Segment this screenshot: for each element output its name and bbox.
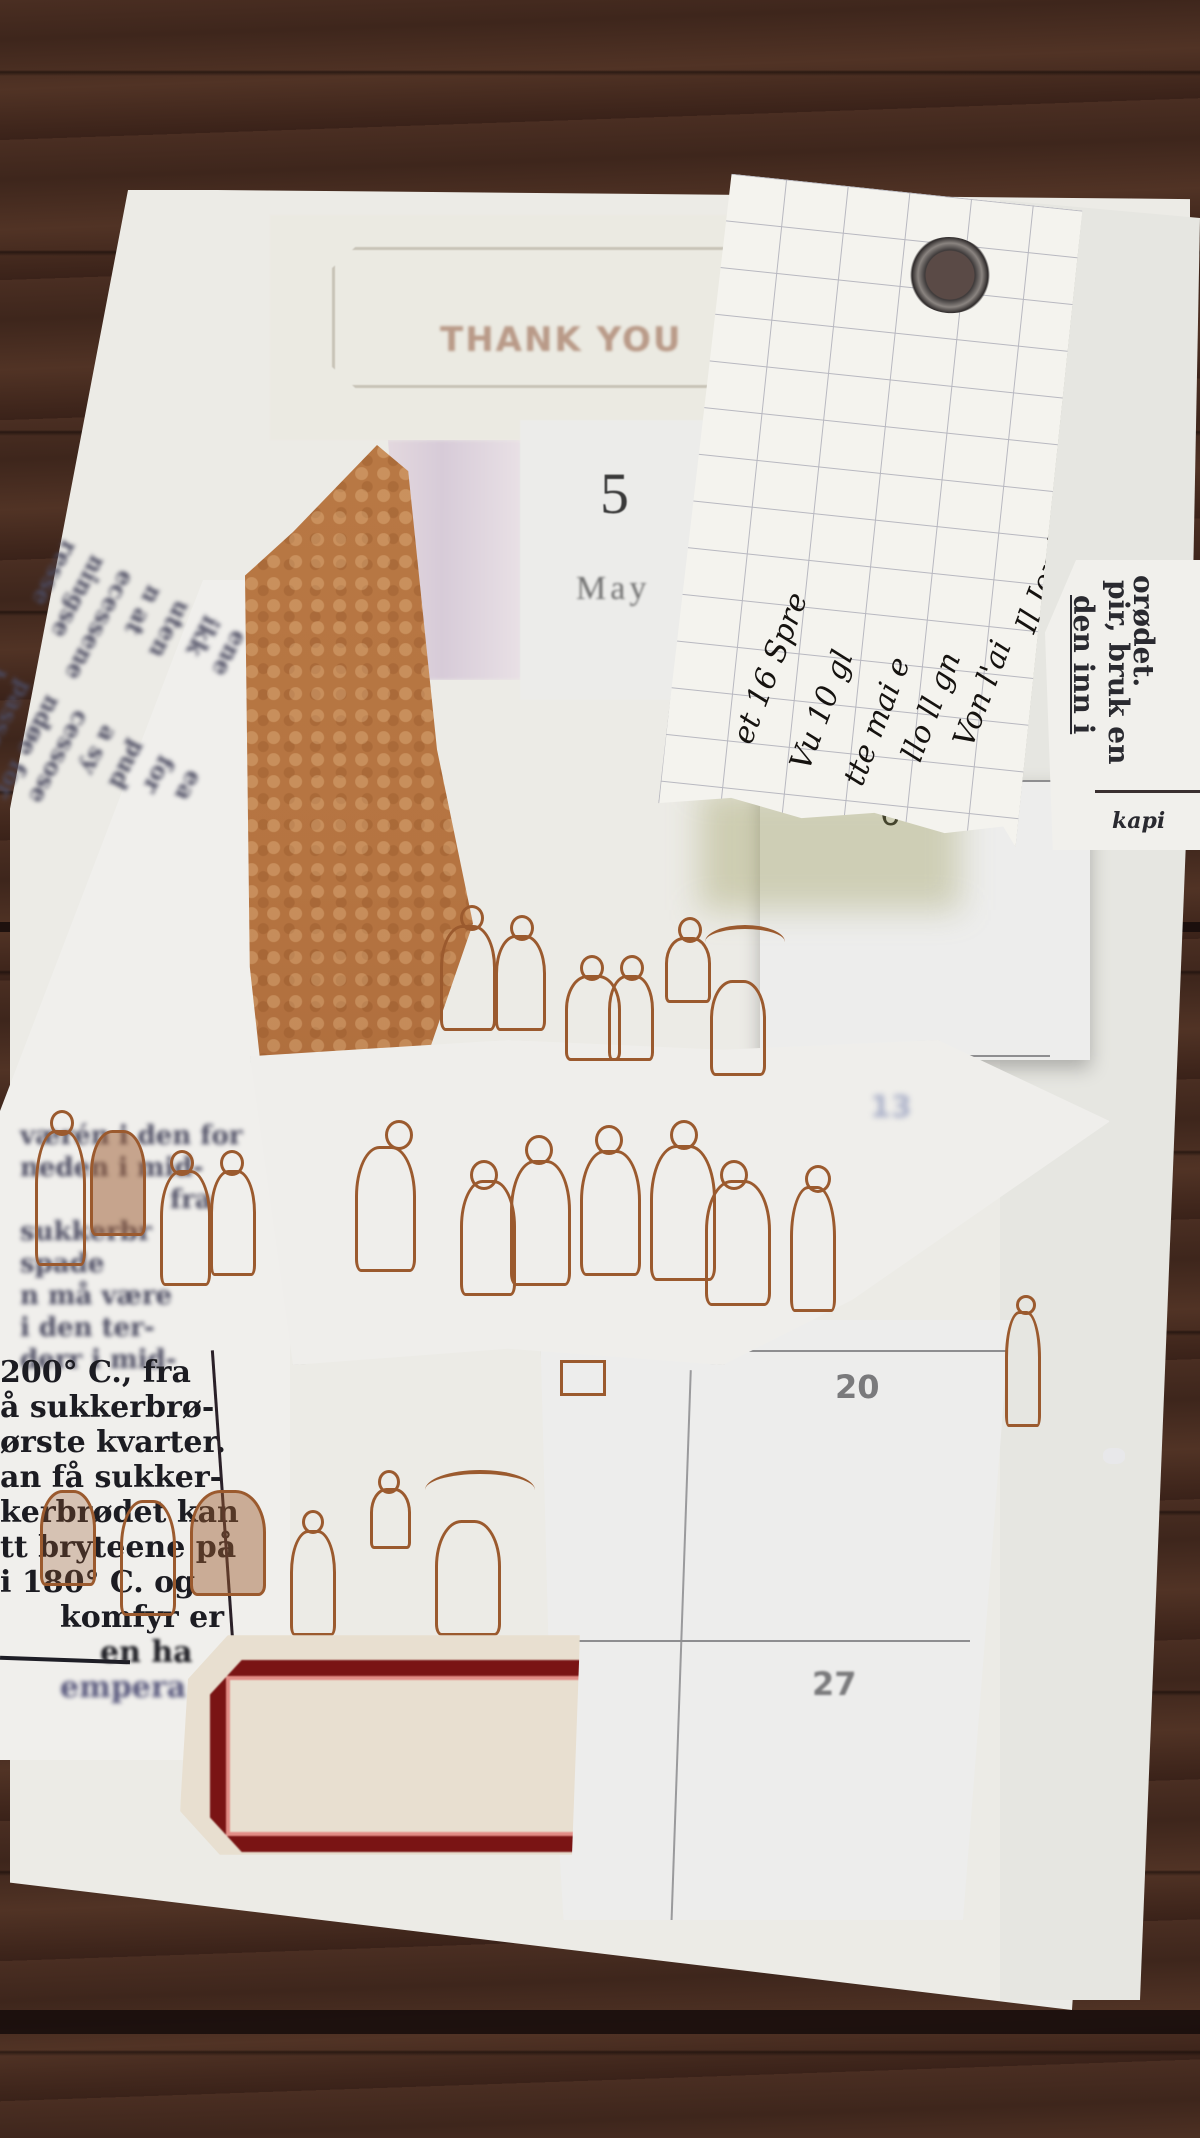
calendar-number: 27 xyxy=(812,1665,857,1703)
newspaper-right-line: kapi xyxy=(1112,808,1165,834)
date-month: May xyxy=(576,570,650,608)
thank-you-text: THANK YOU xyxy=(440,320,683,360)
calendar-line xyxy=(550,1640,970,1642)
newspaper-right-line: den inn i xyxy=(1067,595,1100,734)
newspaper-right-line: pir, bruk en xyxy=(1102,580,1135,764)
calendar-vline xyxy=(670,1370,692,1930)
date-day: 5 xyxy=(600,460,629,527)
calendar-number: 20 xyxy=(835,1368,880,1406)
umbrella-icon xyxy=(705,925,785,959)
collage-card: ene ikk uten n at ecessene ningse resse … xyxy=(0,0,1200,2138)
red-bordered-label xyxy=(180,1635,580,1855)
calendar-page-lower: 20 27 xyxy=(540,1320,1010,1920)
red-label-border xyxy=(210,1660,606,1852)
newspaper-right-rule xyxy=(1095,790,1200,793)
metal-eyelet-icon xyxy=(903,233,996,318)
calendar-number-faded: 13 xyxy=(870,1090,912,1125)
paper-scrap xyxy=(1103,1448,1125,1464)
umbrella-icon xyxy=(425,1470,535,1510)
handwritten-script-tag: et 16 Spre Vu 10 gl tte mai e llo ll gn … xyxy=(658,173,1083,847)
